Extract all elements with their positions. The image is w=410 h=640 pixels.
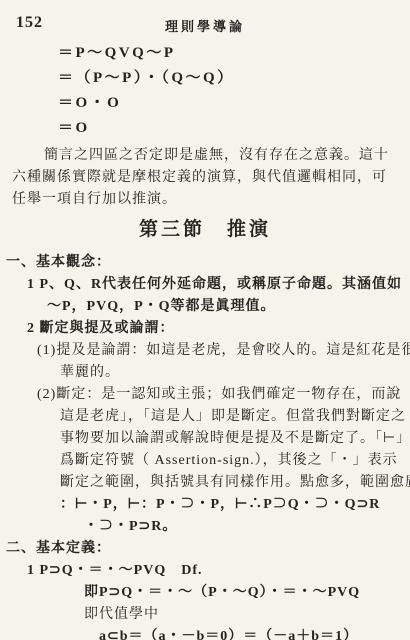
- sub-item-line: (1)提及是論謂：如這是老虎，是會咬人的。這是紅花是很: [37, 340, 410, 362]
- sub-item-line: 事物要加以論謂或解說時便是提及不是斷定了。「⊢」: [60, 428, 410, 450]
- list-item-line: 1 P、Q、R代表任何外延命題，或稱原子命題。其涵值如: [27, 274, 410, 296]
- basic-definitions-block: 二、基本定義： 1 P⊃Q・＝・～PVQ Df. 即P⊃Q・＝・～（P・～Q）・…: [0, 538, 410, 640]
- list-item-heading: 2 斷定與提及或論謂：: [27, 318, 410, 340]
- summary-paragraph: 簡言之四區之否定即是虛無，沒有存在之意義。這十 六種關係實際就是摩根定義的演算，…: [0, 145, 410, 211]
- paragraph-line: 任舉一項自行加以推演。: [12, 189, 410, 211]
- basic-concepts-block: 一、基本觀念： 1 P、Q、R代表任何外延命題，或稱原子命題。其涵值如 ～P，P…: [0, 252, 410, 538]
- paragraph-line: 簡言之四區之否定即是虛無，沒有存在之意義。這十: [44, 145, 410, 167]
- algebra-formula-line: a⊂b＝（a・－b＝0）＝（－a＋b＝1）: [99, 626, 410, 640]
- sub-item-line: (2)斷定：是一認知或主張；如我們確定一物存在，而說「: [37, 384, 410, 406]
- book-page: 152 理則學導論 ＝P～QVQ～P ＝（P～P）・（Q～Q） ＝O・O ＝O …: [0, 0, 410, 640]
- assertion-formula-line: ：⊢・P，⊢：P・⊃・P，⊢∴P⊃Q・⊃・Q⊃R: [60, 494, 410, 516]
- page-header: 152 理則學導論: [0, 0, 410, 36]
- paragraph-line: 六種關係實際就是摩根定義的演算，與代值邏輯相同，可: [12, 167, 410, 189]
- definition-line: 即P⊃Q・＝・～（P・～Q）・＝・～PVQ: [84, 582, 410, 604]
- formula-line: ＝O: [58, 116, 410, 141]
- derivation-formulas: ＝P～QVQ～P ＝（P～P）・（Q～Q） ＝O・O ＝O: [0, 41, 410, 141]
- formula-line: ＝P～QVQ～P: [58, 41, 410, 66]
- sub-item-line: 這是老虎」，「這是人」即是斷定。但當我們對斷定之: [60, 406, 410, 428]
- definition-line: 即代值學中: [84, 604, 410, 626]
- list-heading: 一、基本觀念：: [6, 252, 410, 274]
- formula-line: ＝O・O: [58, 91, 410, 116]
- formula-line: ＝（P～P）・（Q～Q）: [58, 66, 410, 91]
- definition-line: 1 P⊃Q・＝・～PVQ Df.: [27, 560, 410, 582]
- page-number: 152: [16, 14, 43, 32]
- sub-item-line: 爲斷定符號（ Assertion-sign.），其後之「・」表示: [60, 450, 410, 472]
- sub-item-line: 華麗的。: [60, 362, 410, 384]
- section-heading: 第三節 推演: [0, 217, 410, 243]
- running-title: 理則學導論: [0, 16, 410, 35]
- list-item-line: ～P，PVQ，P・Q等都是眞理值。: [47, 296, 410, 318]
- assertion-formula-line: ・⊃・P⊃R。: [84, 516, 410, 538]
- list-heading: 二、基本定義：: [6, 538, 410, 560]
- sub-item-line: 斷定之範圍，與括號具有同樣作用。點愈多，範圍愈廣: [60, 472, 410, 494]
